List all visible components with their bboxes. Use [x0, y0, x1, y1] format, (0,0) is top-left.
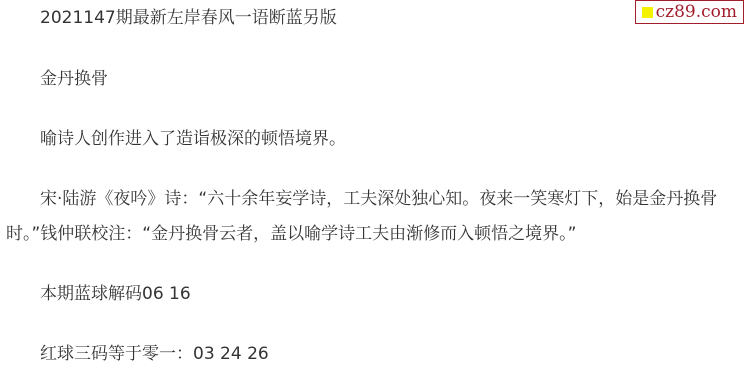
article-title: 2021147期最新左岸春风一语断蓝另版 — [6, 1, 337, 36]
site-watermark: cz89.com — [635, 0, 744, 24]
yellow-square-icon — [642, 7, 653, 18]
article-subtitle: 金丹换骨 — [6, 62, 108, 97]
quote-paragraph: 宋·陆游《夜吟》诗：“六十余年妄学诗，工夫深处独心知。夜来一笑寒灯下，始是金丹换… — [6, 182, 742, 252]
watermark-text: cz89.com — [656, 2, 737, 22]
intro-paragraph: 喻诗人创作进入了造诣极深的顿悟境界。 — [6, 122, 346, 157]
red-ball-paragraph: 红球三码等于零一：03 24 26 — [6, 337, 269, 372]
blue-ball-paragraph: 本期蓝球解码06 16 — [6, 277, 191, 312]
